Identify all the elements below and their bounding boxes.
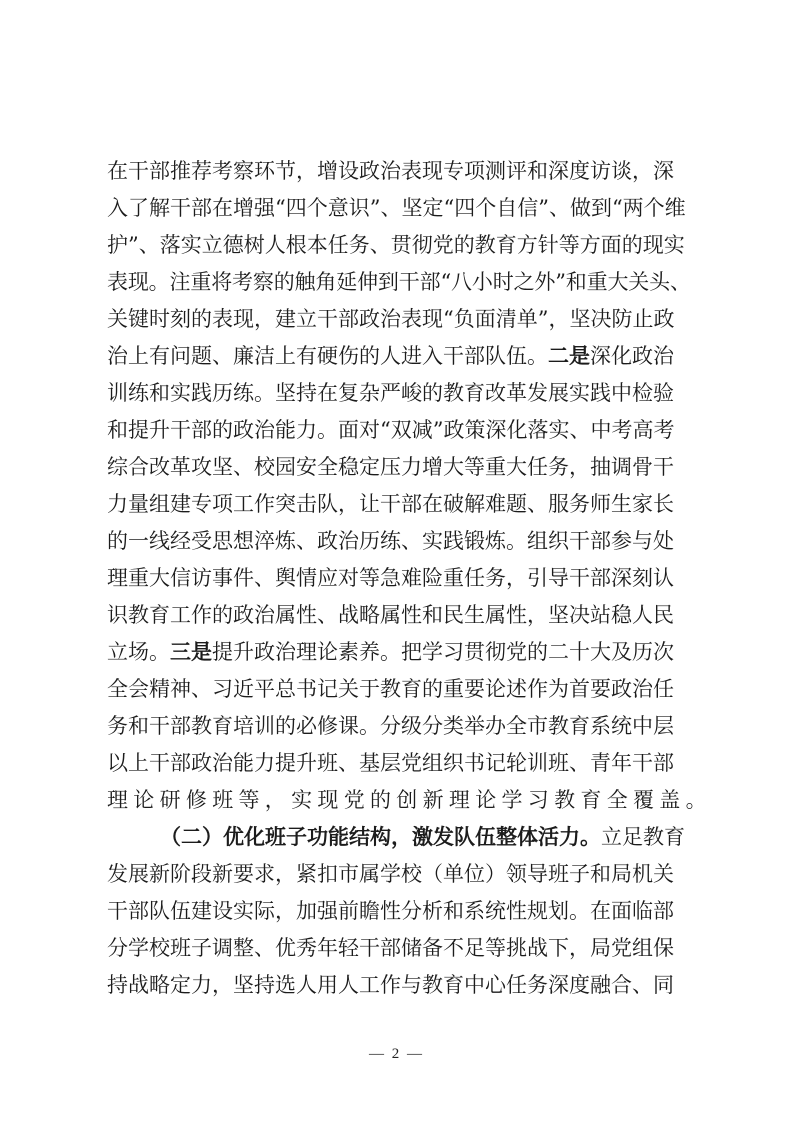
text-run: 持战略定力，坚持选人用人工作与教育中心任务深度融合、同 [107,973,674,997]
text-line: 立场。三是提升政治理论素养。把学习贯彻党的二十大及历次 [107,634,691,671]
text-run: 力量组建专项工作突击队，让干部在破解难题、服务师生家长 [107,492,674,516]
text-line: 识教育工作的政治属性、战略属性和民生属性，坚决站稳人民 [107,597,691,634]
text-run: 和提升干部的政治能力。面对“双减”政策深化落实、中考高考 [107,418,674,442]
text-line: 干部队伍建设实际，加强前瞻性分析和系统性规划。在面临部 [107,893,691,930]
bold-text: （二）优化班子功能结构，激发队伍整体活力。 [160,825,601,849]
document-page: 在干部推荐考察环节，增设政治表现专项测评和深度访谈，深入了解干部在增强“四个意识… [0,0,793,1122]
text-line: 治上有问题、廉洁上有硬伤的人进入干部队伍。二是深化政治 [107,338,691,375]
text-run: 入了解干部在增强“四个意识”、坚定“四个自信”、做到“两个维 [107,196,686,220]
text-line: 分学校班子调整、优秀年轻干部储备不足等挑战下，局党组保 [107,930,691,967]
text-line: 理论研修班等，实现党的创新理论学习教育全覆盖。 [107,782,691,819]
text-line: 的一线经受思想淬炼、政治历练、实践锻炼。组织干部参与处 [107,523,691,560]
text-run: 训练和实践历练。坚持在复杂严峻的教育改革发展实践中检验 [107,381,674,405]
text-run: 综合改革攻坚、校园安全稳定压力增大等重大任务，抽调骨干 [107,455,674,479]
text-line: 力量组建专项工作突击队，让干部在破解难题、服务师生家长 [107,486,691,523]
text-run: 立足教育 [601,825,685,849]
text-line: 护”、落实立德树人根本任务、贯彻党的教育方针等方面的现实 [107,227,691,264]
text-run: 立场。 [107,640,170,664]
text-run: 表现。注重将考察的触角延伸到干部“八小时之外”和重大关头、 [107,270,691,294]
text-run: 提升政治理论素养。把学习贯彻党的二十大及历次 [212,640,674,664]
bold-text: 三是 [170,640,212,664]
text-run: 识教育工作的政治属性、战略属性和民生属性，坚决站稳人民 [107,603,674,627]
text-run: 干部队伍建设实际，加强前瞻性分析和系统性规划。在面临部 [107,899,674,923]
text-line: 入了解干部在增强“四个意识”、坚定“四个自信”、做到“两个维 [107,190,691,227]
bold-text: 二是 [548,344,590,368]
body-text: 在干部推荐考察环节，增设政治表现专项测评和深度访谈，深入了解干部在增强“四个意识… [107,153,691,1004]
text-run: 理论研修班等，实现党的创新理论学习教育全覆盖。 [107,788,712,812]
text-run: 的一线经受思想淬炼、政治历练、实践锻炼。组织干部参与处 [107,529,674,553]
text-run: 全会精神、习近平总书记关于教育的重要论述作为首要政治任 [107,677,674,701]
text-line: 理重大信访事件、舆情应对等急难险重任务，引导干部深刻认 [107,560,691,597]
text-line: 以上干部政治能力提升班、基层党组织书记轮训班、青年干部 [107,745,691,782]
text-run: 以上干部政治能力提升班、基层党组织书记轮训班、青年干部 [107,751,674,775]
text-line: 表现。注重将考察的触角延伸到干部“八小时之外”和重大关头、 [107,264,691,301]
text-run: 理重大信访事件、舆情应对等急难险重任务，引导干部深刻认 [107,566,674,590]
text-run: 发展新阶段新要求，紧扣市属学校（单位）领导班子和局机关 [107,862,674,886]
text-line: 持战略定力，坚持选人用人工作与教育中心任务深度融合、同 [107,967,691,1004]
text-run: 分学校班子调整、优秀年轻干部储备不足等挑战下，局党组保 [107,936,674,960]
text-line: 关键时刻的表现，建立干部政治表现“负面清单”，坚决防止政 [107,301,691,338]
text-line: 训练和实践历练。坚持在复杂严峻的教育改革发展实践中检验 [107,375,691,412]
text-line: （二）优化班子功能结构，激发队伍整体活力。立足教育 [107,819,691,856]
text-line: 务和干部教育培训的必修课。分级分类举办全市教育系统中层 [107,708,691,745]
text-run: 治上有问题、廉洁上有硬伤的人进入干部队伍。 [107,344,548,368]
text-line: 和提升干部的政治能力。面对“双减”政策深化落实、中考高考 [107,412,691,449]
text-line: 在干部推荐考察环节，增设政治表现专项测评和深度访谈，深 [107,153,691,190]
text-line: 发展新阶段新要求，紧扣市属学校（单位）领导班子和局机关 [107,856,691,893]
text-run: 在干部推荐考察环节，增设政治表现专项测评和深度访谈，深 [107,159,674,183]
text-run: 护”、落实立德树人根本任务、贯彻党的教育方针等方面的现实 [107,233,685,257]
text-run: 关键时刻的表现，建立干部政治表现“负面清单”，坚决防止政 [107,307,674,331]
text-run: 深化政治 [590,344,674,368]
text-line: 综合改革攻坚、校园安全稳定压力增大等重大任务，抽调骨干 [107,449,691,486]
text-line: 全会精神、习近平总书记关于教育的重要论述作为首要政治任 [107,671,691,708]
text-run: 务和干部教育培训的必修课。分级分类举办全市教育系统中层 [107,714,674,738]
page-number: — 2 — [0,1046,793,1063]
